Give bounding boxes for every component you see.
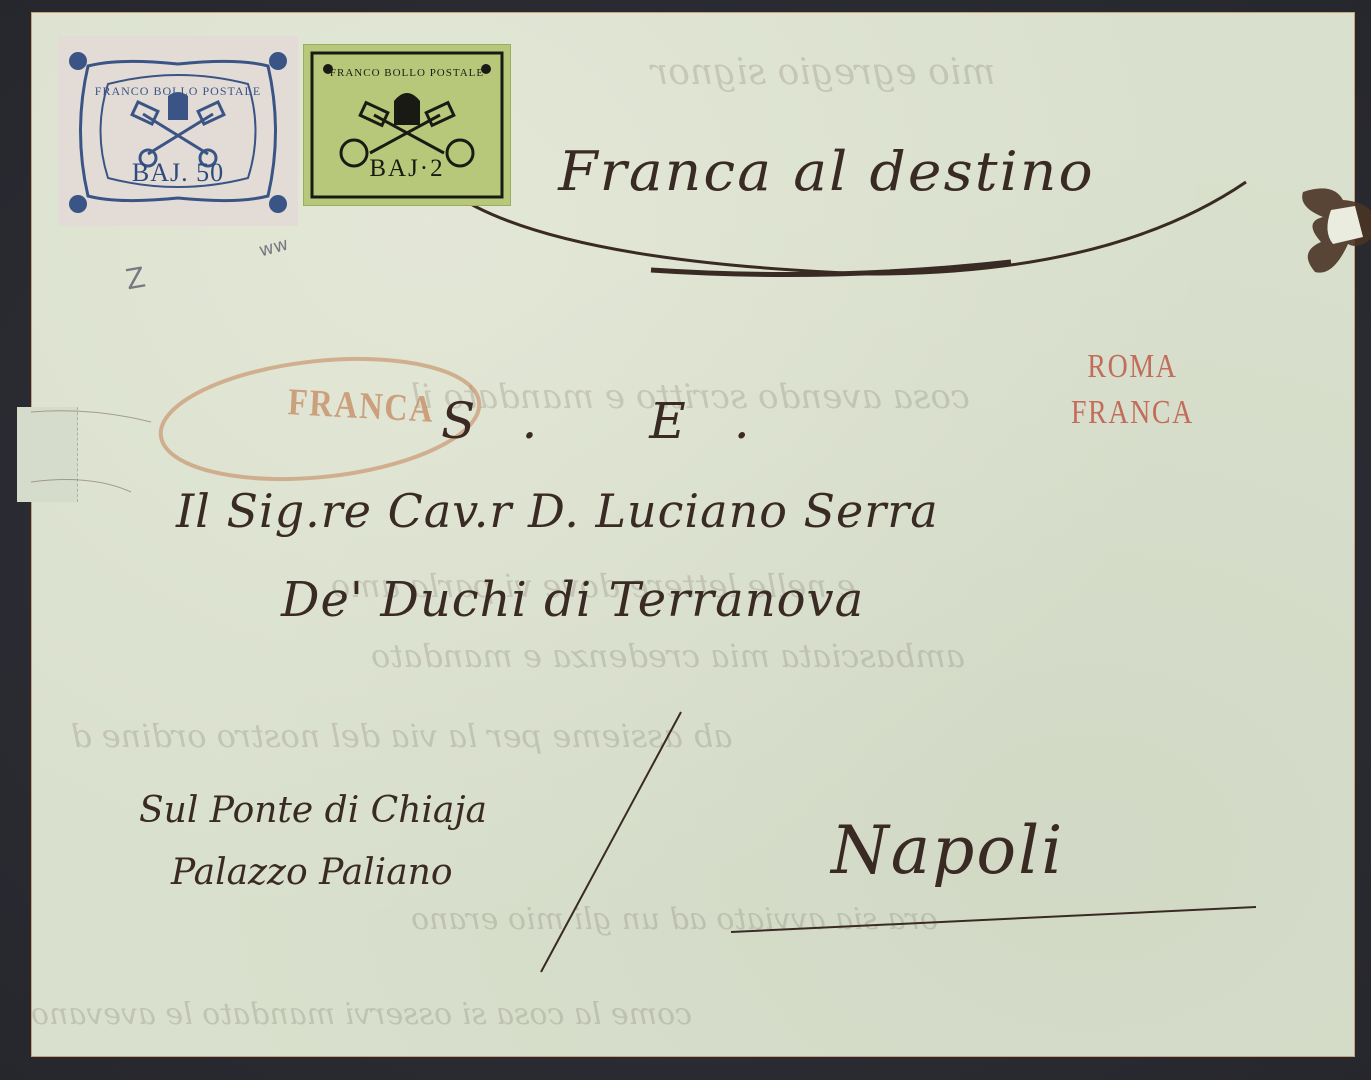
papal-keys-emblem-icon [58,36,298,226]
addressee-title: De' Duchi di Terranova [281,572,864,628]
destination-city: Napoli [831,812,1064,889]
stamp-inscription: FRANCO BOLLO POSTALE [58,84,298,99]
stamp-2-baiocchi: FRANCO BOLLO POSTALE BAJ·2 [303,44,511,206]
honorific-se: S. E. [441,392,798,450]
street-address-line2: Palazzo Paliano [171,852,453,893]
franca-oval-handstamp: FRANCA [155,354,485,484]
burn-hole [1293,182,1371,292]
stamp-value: BAJ·2 [304,155,510,183]
handstamp-line-roma: ROMA [1071,344,1194,390]
roma-franca-handstamp: ROMA FRANCA [1071,344,1194,436]
addressee-name: Il Sig.re Cav.r D. Luciano Serra [176,484,939,538]
franca-al-destino-inscription: Franca al destino [558,140,1095,203]
street-address-line1: Sul Ponte di Chiaja [139,790,487,831]
stamp-50-baiocchi: FRANCO BOLLO POSTALE BAJ. 50 [58,36,298,226]
oval-handstamp-text: FRANCA [287,380,436,432]
stamp-value: BAJ. 50 [58,158,298,188]
stamp-inscription: FRANCO BOLLO POSTALE [304,67,510,79]
handstamp-line-franca: FRANCA [1071,390,1194,436]
